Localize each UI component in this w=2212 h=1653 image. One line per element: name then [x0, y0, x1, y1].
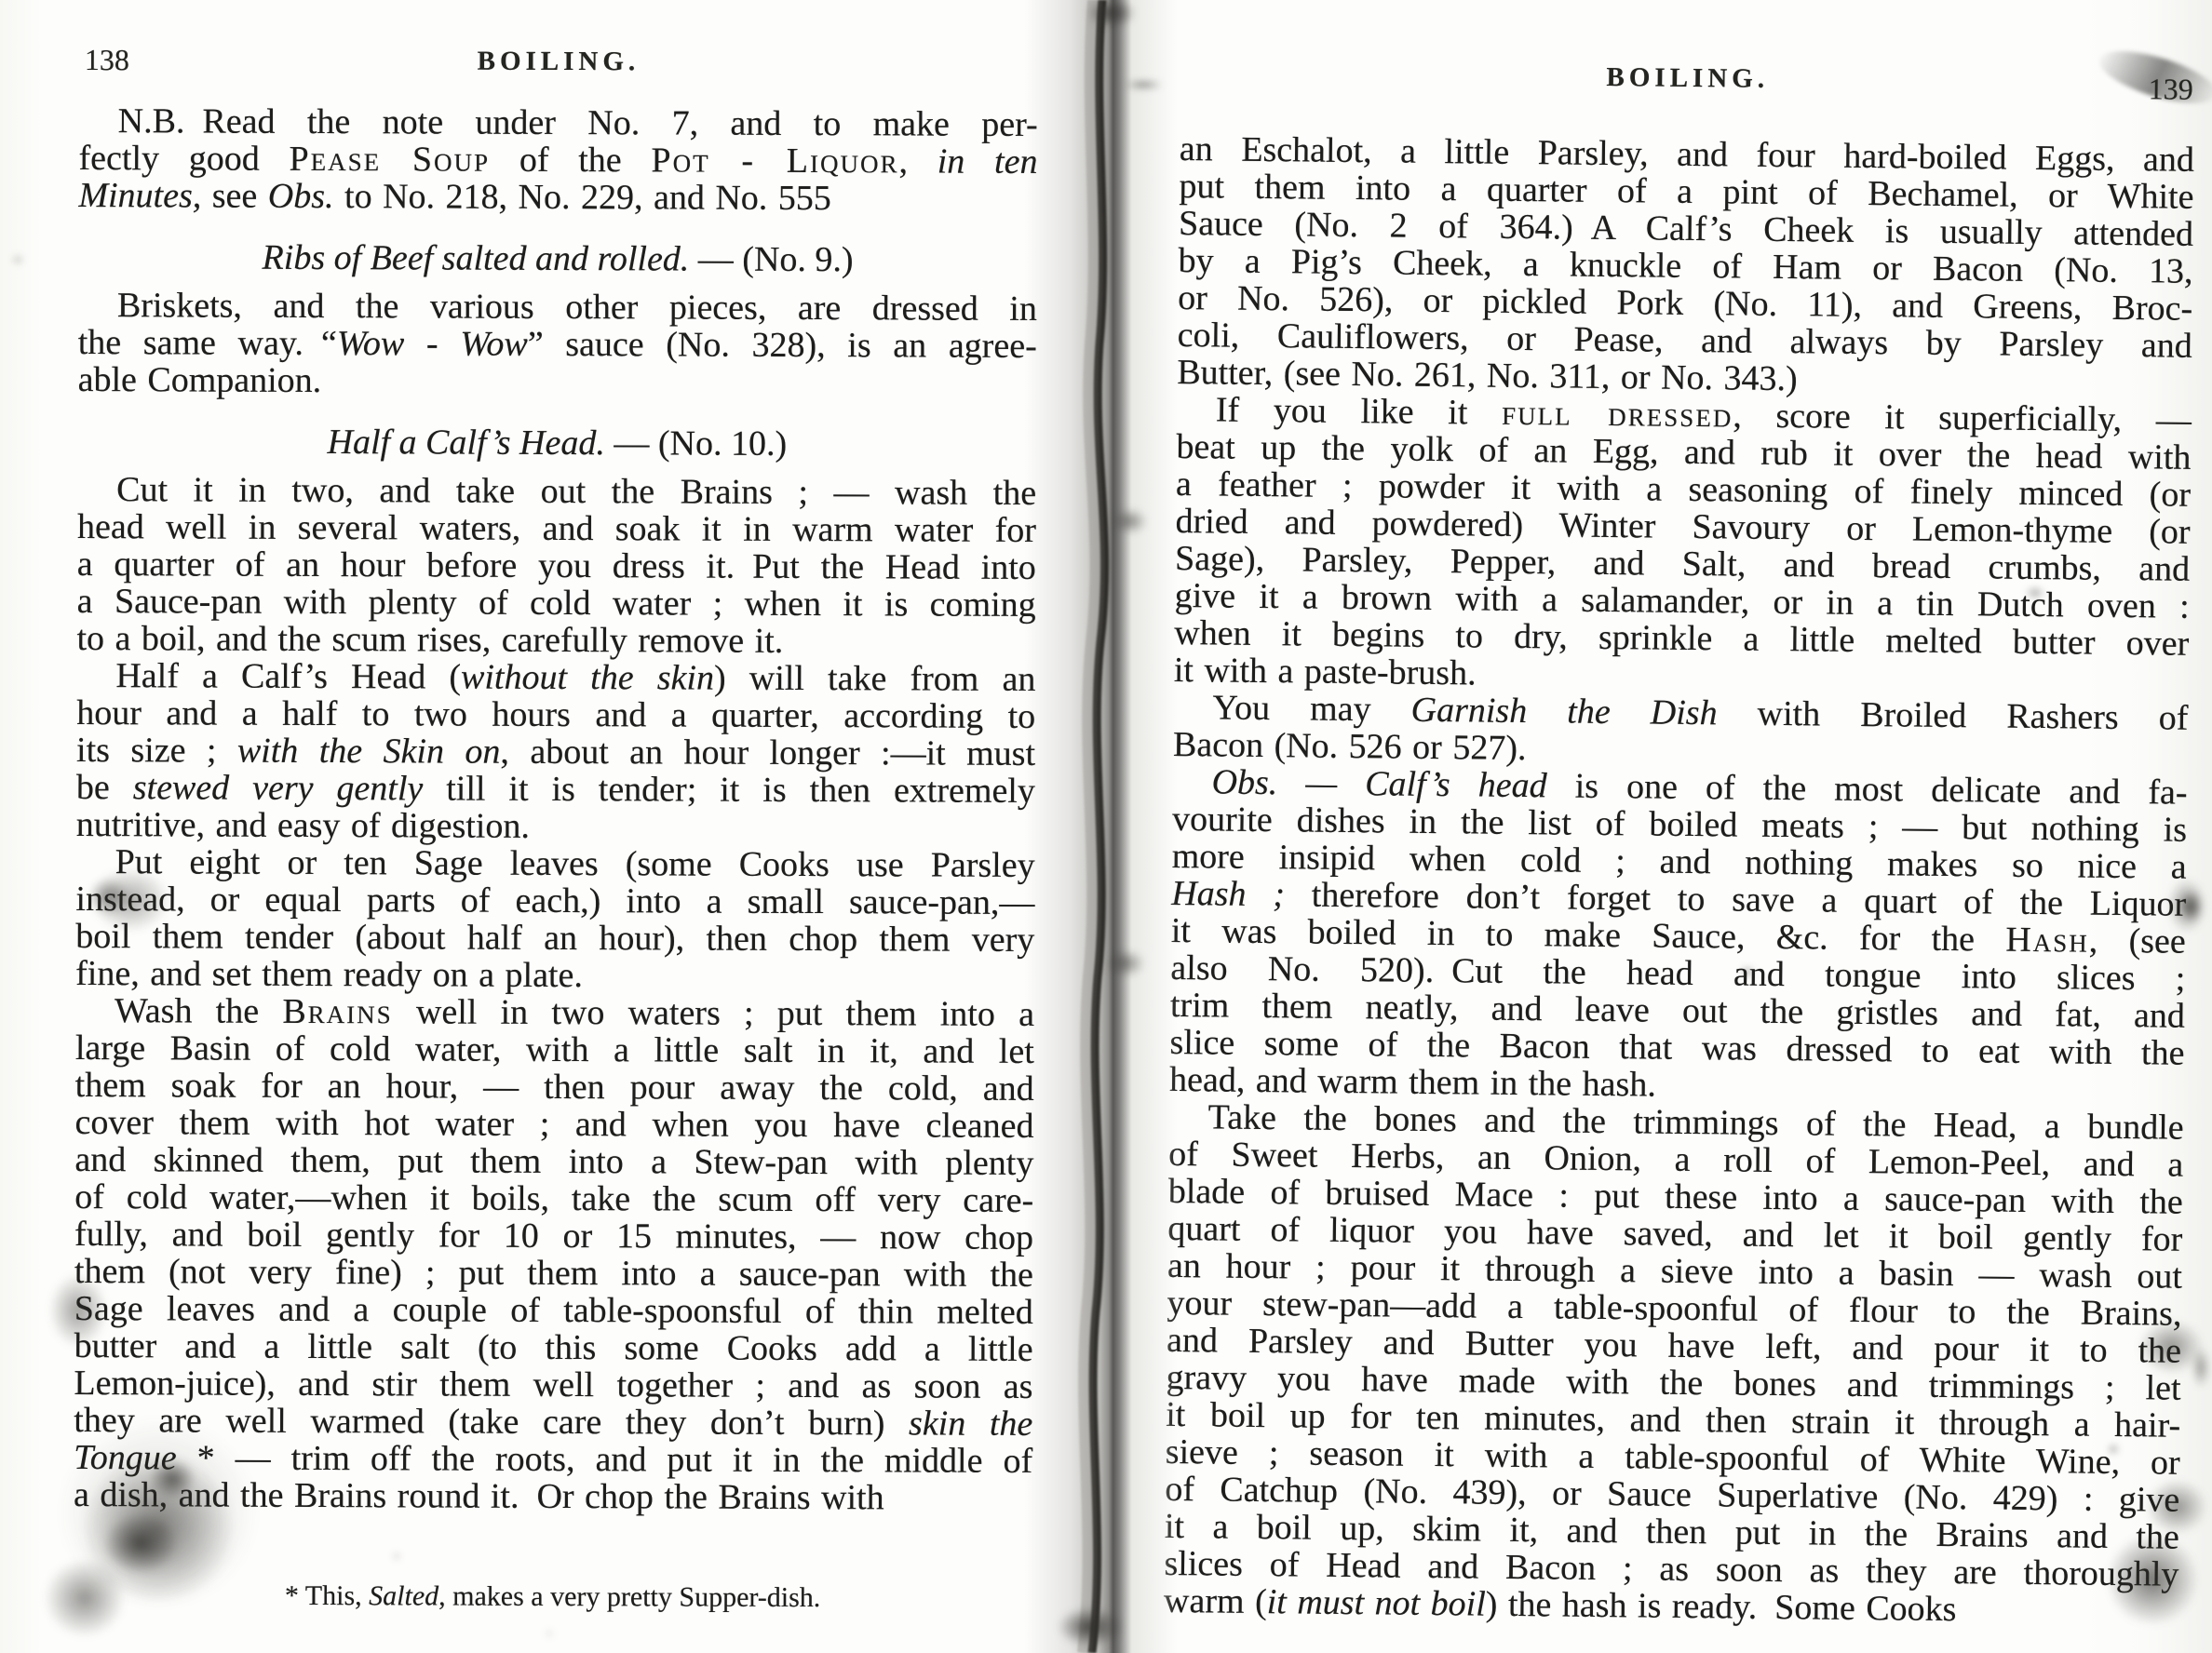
page-139-header: BOILING. 139: [1180, 58, 2195, 106]
book-scan: 138 BOILING. N.B. Read the note under No…: [0, 0, 2212, 1653]
page-138-header: 138 BOILING.: [79, 45, 1038, 86]
text-line: instead, or equal parts of each,) into a…: [75, 880, 1034, 921]
text-line: cover them with hot water ; and when you…: [74, 1104, 1033, 1145]
text-line: Half a Calf’s Head. — (No. 10.): [77, 423, 1036, 464]
text-line: Wash the Brains well in two waters ; put…: [75, 992, 1034, 1033]
paragraph: Wash the Brains well in two waters ; put…: [74, 992, 1034, 1517]
text-line: a Sauce-pan with plenty of cold water ; …: [77, 583, 1036, 624]
paragraph: If you like it full dressed, score it su…: [1174, 391, 2192, 700]
text-line: Put eight or ten Sage leaves (some Cooks…: [76, 843, 1035, 884]
text-line: them (not very fine) ; put them into a s…: [74, 1253, 1033, 1294]
page-139: BOILING. 139 an Eschalot, a little Parsl…: [1106, 0, 2212, 1653]
running-head-right: BOILING.: [1180, 58, 2195, 100]
text-line: hour and a half to two hours and a quart…: [76, 694, 1035, 735]
page-138-text: N.B. Read the note under No. 7, and to m…: [74, 102, 1038, 1616]
text-line: and skinned them, put them into a Stew-p…: [74, 1141, 1033, 1182]
text-line: its size ; with the Skin on, about an ho…: [76, 732, 1035, 773]
text-line: Half a Calf’s Head (without the skin) wi…: [76, 657, 1035, 698]
page-138-content: 138 BOILING. N.B. Read the note under No…: [74, 45, 1038, 1616]
paragraph: Half a Calf’s Head (without the skin) wi…: [76, 657, 1036, 847]
text-line: be stewed very gently till it is tender;…: [76, 769, 1035, 810]
text-line: N.B. Read the note under No. 7, and to m…: [79, 102, 1038, 143]
text-line: fully, and boil gently for 10 or 15 minu…: [74, 1216, 1033, 1257]
paragraph: an Eschalot, a little Parsley, and four …: [1177, 130, 2194, 402]
paragraph: Put eight or ten Sage leaves (some Cooks…: [75, 843, 1035, 996]
text-line: large Basin of cold water, with a little…: [75, 1029, 1034, 1070]
text-line: butter and a little salt (to this some C…: [74, 1327, 1033, 1368]
text-line: a dish, and the Brains round it. Or chop…: [74, 1476, 1032, 1517]
heading: Ribs of Beef salted and rolled. — (No. 9…: [78, 238, 1037, 279]
text-line: Tongue * — trim off the roots, and put i…: [74, 1439, 1032, 1480]
heading: Half a Calf’s Head. — (No. 10.): [77, 423, 1036, 464]
text-line: the same way. “Wow - Wow” sauce (No. 328…: [78, 324, 1037, 365]
text-line: able Companion.: [78, 361, 1037, 402]
text-line: them soak for an hour, — then pour away …: [75, 1067, 1034, 1108]
page-139-content: BOILING. 139 an Eschalot, a little Parsl…: [1164, 58, 2195, 1631]
text-line: * This, Salted, makes a very pretty Supp…: [74, 1579, 1032, 1616]
binding-gutter-line: [1071, 0, 1154, 1653]
text-line: boil them tender (about half an hour), t…: [75, 918, 1034, 959]
footnote: * This, Salted, makes a very pretty Supp…: [74, 1579, 1032, 1616]
page-139-text: an Eschalot, a little Parsley, and four …: [1164, 130, 2194, 1631]
text-line: Briskets, and the various other pieces, …: [78, 287, 1037, 328]
paragraph: Briskets, and the various other pieces, …: [78, 287, 1037, 402]
text-line: nutritive, and easy of digestion.: [76, 806, 1035, 847]
text-line: Lemon-juice), and stir them well togethe…: [74, 1364, 1032, 1405]
text-line: to a boil, and the scum rises, carefully…: [76, 620, 1035, 661]
text-line: Minutes, see Obs. to No. 218, No. 229, a…: [78, 177, 1037, 218]
text-line: Ribs of Beef salted and rolled. — (No. 9…: [78, 238, 1037, 279]
page-138: 138 BOILING. N.B. Read the note under No…: [0, 0, 1106, 1653]
paragraph: You may Garnish the Dish with Broiled Ra…: [1173, 689, 2189, 774]
running-head-left: BOILING.: [79, 45, 1038, 79]
text-line: fine, and set them ready on a plate.: [75, 955, 1034, 996]
page-number-right: 139: [2148, 72, 2192, 107]
paragraph: Take the bones and the trimmings of the …: [1164, 1098, 2184, 1631]
text-line: Sage leaves and a couple of table-spoons…: [74, 1290, 1033, 1331]
paragraph: N.B. Read the note under No. 7, and to m…: [78, 102, 1037, 218]
paragraph: Obs. — Calf’s head is one of the most de…: [1169, 763, 2188, 1109]
text-line: of cold water,—when it boils, take the s…: [74, 1178, 1033, 1219]
paragraph: Cut it in two, and take out the Brains ;…: [76, 471, 1036, 661]
text-line: they are well warmed (take care they don…: [74, 1402, 1032, 1443]
text-line: Cut it in two, and take out the Brains ;…: [77, 471, 1036, 512]
text-line: a quarter of an hour before you dress it…: [77, 545, 1036, 586]
text-line: fectly good Pease Soup of the Pot - Liqu…: [78, 140, 1037, 181]
text-line: head well in several waters, and soak it…: [77, 508, 1036, 549]
